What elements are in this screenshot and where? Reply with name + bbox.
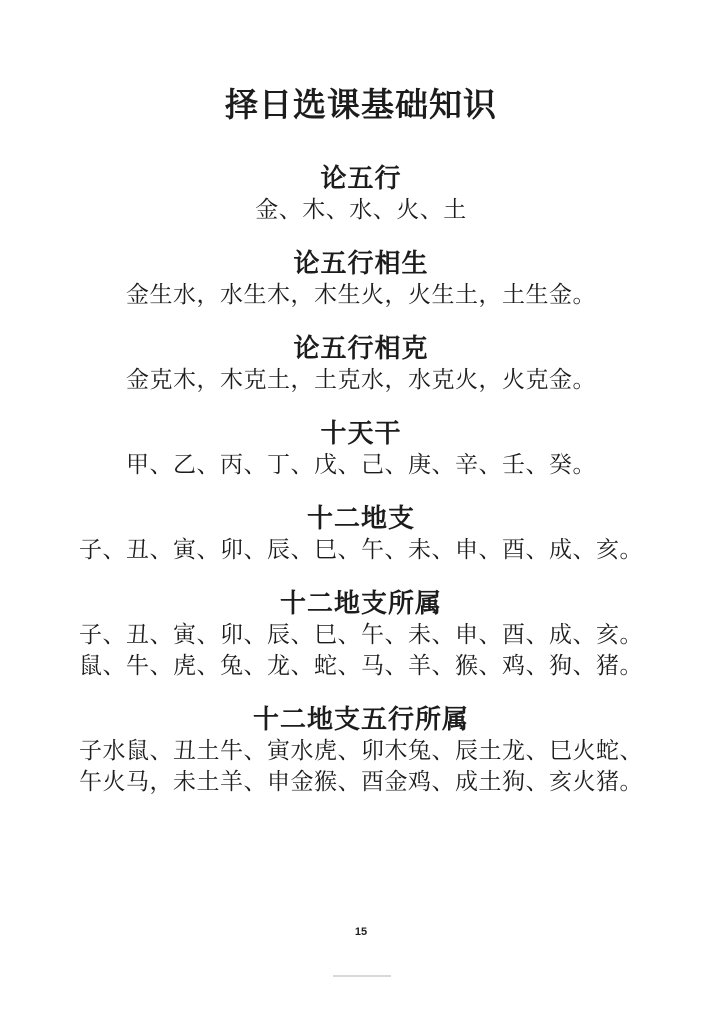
section-line: 鼠、牛、虎、兔、龙、蛇、马、羊、猴、鸡、狗、猪。 (0, 650, 722, 681)
section-shier-dizhi: 十二地支子、丑、寅、卯、辰、巳、午、未、申、酉、成、亥。 (0, 503, 722, 565)
section-line: 金生水，水生木，木生火，火生土，土生金。 (0, 279, 722, 310)
section-heading: 十天干 (0, 418, 722, 449)
section-wuxing: 论五行金、木、水、火、土 (0, 163, 722, 225)
section-heading: 论五行相生 (0, 248, 722, 279)
section-heading: 论五行 (0, 163, 722, 194)
section-shi-tiangan: 十天干甲、乙、丙、丁、戊、己、庚、辛、壬、癸。 (0, 418, 722, 480)
section-wuxing-xiangke: 论五行相克金克木，木克土，土克水，水克火，火克金。 (0, 333, 722, 395)
section-line: 金克木，木克土，土克水，水克火，火克金。 (0, 364, 722, 395)
section-line: 子、丑、寅、卯、辰、巳、午、未、申、酉、成、亥。 (0, 619, 722, 650)
section-line: 金、木、水、火、土 (0, 194, 722, 225)
document-page: 择日选课基础知识 论五行金、木、水、火、土论五行相生金生水，水生木，木生火，火生… (0, 0, 722, 1024)
section-heading: 十二地支 (0, 503, 722, 534)
section-line: 子水鼠、丑土牛、寅水虎、卯木兔、辰土龙、巳火蛇、 (0, 735, 722, 766)
section-line: 午火马，未土羊、申金猴、酉金鸡、成土狗、亥火猪。 (0, 766, 722, 797)
section-heading: 十二地支所属 (0, 588, 722, 619)
page-number: 15 (0, 926, 722, 938)
section-heading: 十二地支五行所属 (0, 704, 722, 735)
section-shier-dizhi-wuxing-suoshu: 十二地支五行所属子水鼠、丑土牛、寅水虎、卯木兔、辰土龙、巳火蛇、午火马，未土羊、… (0, 704, 722, 797)
section-heading: 论五行相克 (0, 333, 722, 364)
section-line: 子、丑、寅、卯、辰、巳、午、未、申、酉、成、亥。 (0, 534, 722, 565)
page-title: 择日选课基础知识 (0, 0, 722, 125)
section-shier-dizhi-suoshu: 十二地支所属子、丑、寅、卯、辰、巳、午、未、申、酉、成、亥。鼠、牛、虎、兔、龙、… (0, 588, 722, 681)
document-body: 论五行金、木、水、火、土论五行相生金生水，水生木，木生火，火生土，土生金。论五行… (0, 163, 722, 797)
section-line: 甲、乙、丙、丁、戊、己、庚、辛、壬、癸。 (0, 449, 722, 480)
footer-divider-line (333, 975, 391, 977)
section-wuxing-xiangsheng: 论五行相生金生水，水生木，木生火，火生土，土生金。 (0, 248, 722, 310)
